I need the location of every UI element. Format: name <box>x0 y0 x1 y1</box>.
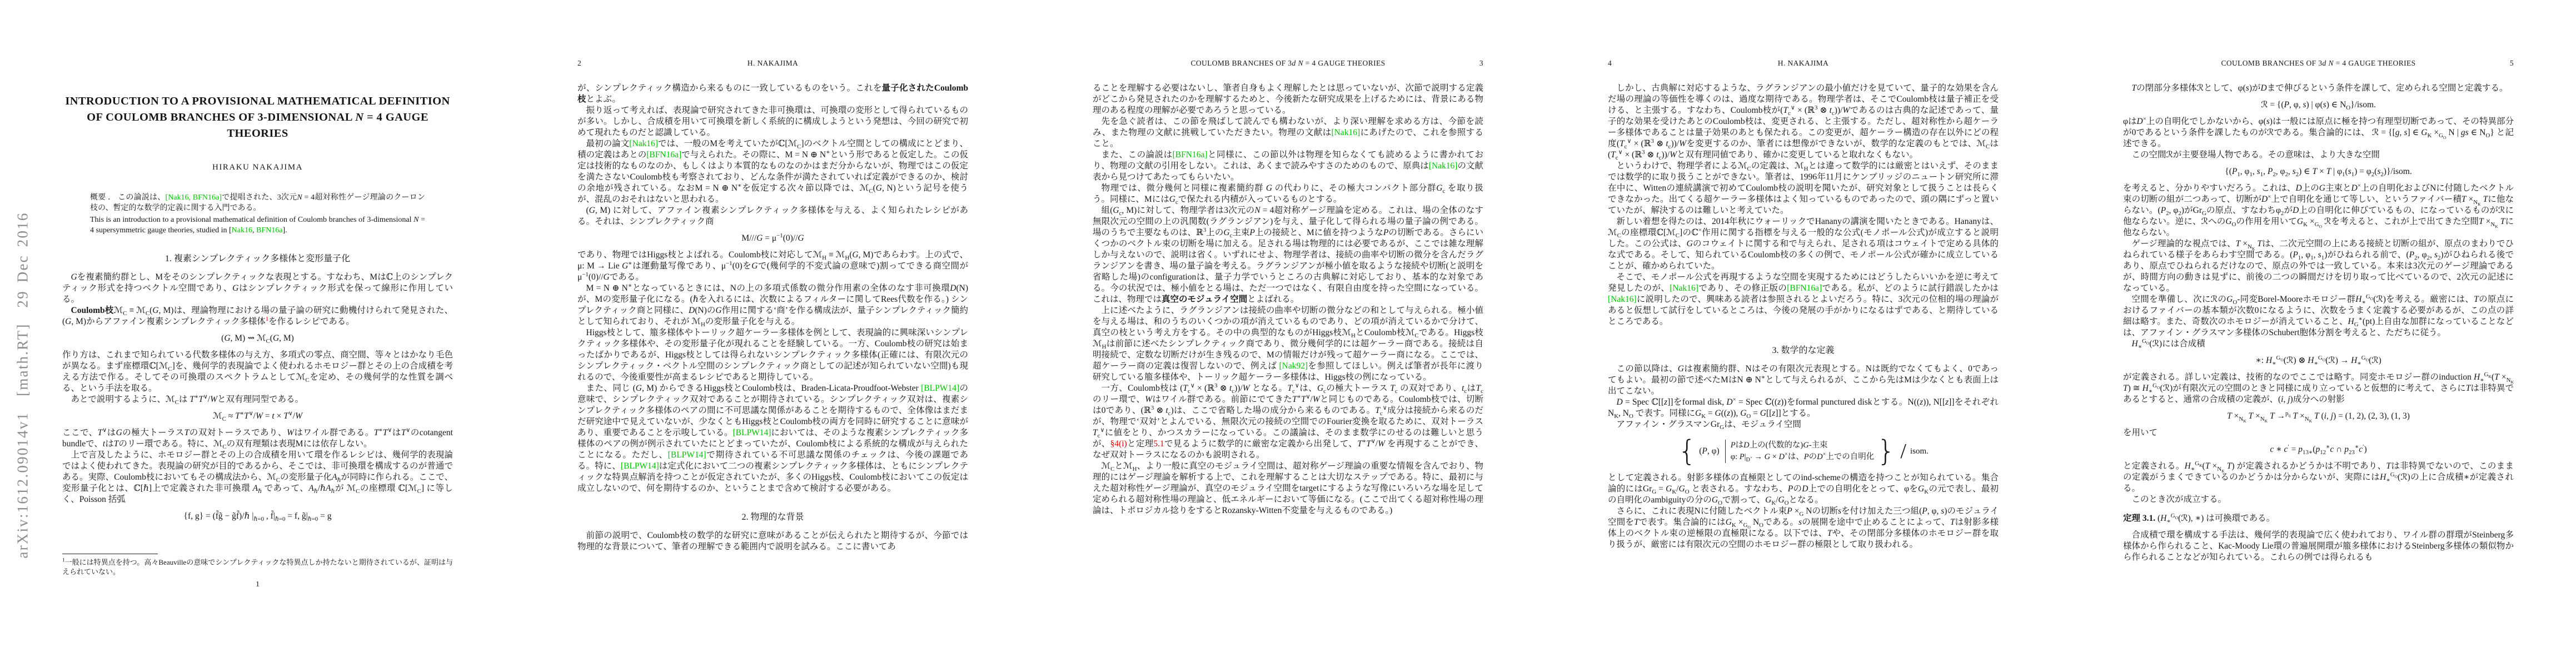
math-var: G <box>715 306 721 315</box>
math-var: s <box>2246 83 2249 93</box>
math-var: G <box>1803 441 1808 450</box>
math-var: D <box>950 283 956 293</box>
paragraph: Coulomb枝ℳC ≡ ℳC(G, M)は、理論物理における場の量子論の研究に… <box>62 305 453 327</box>
running-head: 4H. NAKAJIMA <box>1608 59 1999 68</box>
math-var: W <box>1670 150 1677 160</box>
subscript: ij <box>2288 413 2290 418</box>
subscript: 2 <box>2371 171 2374 178</box>
math-var: G <box>232 283 238 293</box>
running-head-title: COULOMB BRANCHES OF 3d N = 4 GAUGE THEOR… <box>2140 59 2497 68</box>
math-var: G <box>1678 484 1685 494</box>
subscript: G <box>1720 424 1724 431</box>
paragraph: 一方、Coulomb枝は (Tc∨ × (ℝ3 ⊗ tc))/W となる。Tc∨… <box>1093 383 1483 461</box>
math-var: T <box>1620 139 1625 148</box>
page-2-content: 2H. NAKAJIMAが、シンプレクティック構造から来るものに一致しているもの… <box>515 0 1030 552</box>
superscript: −1 <box>776 232 783 239</box>
superscript: GK <box>2195 460 2202 467</box>
math-var: z <box>1772 409 1775 418</box>
math-var: G <box>2297 217 2303 226</box>
math-var: N <box>355 111 363 123</box>
superscript: ∨ <box>406 427 410 434</box>
subscript: K <box>2303 221 2308 228</box>
math-var: G <box>2225 217 2231 226</box>
subscript: O <box>2319 224 2322 229</box>
subscript: ℏ=0 <box>253 516 264 522</box>
subscript: K <box>1924 489 1929 495</box>
math-var: P <box>1922 506 1927 516</box>
math-var: T <box>2293 411 2298 421</box>
paragraph-continuation: が定義される。詳しい定義は、技術的なのでここでは略す。同変ホモロジー群のindu… <box>2123 372 2514 405</box>
subscript: K <box>1732 522 1736 529</box>
abstract-english: This is an introduction to a provisional… <box>90 215 425 236</box>
subscript: O <box>2395 474 2398 479</box>
subscript: 2 <box>2178 210 2181 217</box>
math-var: T <box>1390 384 1395 393</box>
subscript: NK <box>2239 416 2246 422</box>
page-3-content: COULOMB BRANCHES OF 3d N = 4 GAUGE THEOR… <box>1030 0 1546 516</box>
math-var: G <box>273 333 279 343</box>
math-var: T <box>2205 461 2210 471</box>
subscript: ℏ <box>258 488 262 495</box>
math-var: G <box>1113 206 1119 215</box>
subscript: O <box>2366 357 2369 362</box>
math-var: P <box>1249 228 1254 237</box>
subscript: ∗ <box>2357 360 2361 367</box>
math-var: N <box>2328 59 2333 67</box>
math-var: P <box>1788 484 1793 494</box>
superscript: ∗ <box>240 410 244 417</box>
math-var: W <box>287 428 294 437</box>
display-equation: ℳC ≈ T∗T∨/W = t × T∨/W <box>62 410 453 422</box>
subscript: G <box>1799 511 1803 517</box>
superscript: −1 <box>582 271 589 278</box>
paragraph: ℳCとℳH、より一般に真空のモジュライ空間は、超対称ゲージ理論の重要な情報を含ん… <box>1093 461 1483 516</box>
citation-link[interactable]: [Nak92] <box>1279 361 1308 371</box>
math-var: H <box>2185 461 2191 471</box>
paragraph-continuation: と定義される。H∗GK(T ×NK T) が定義されるかどうかは不明であり、Tは… <box>2123 461 2514 494</box>
math-var: T <box>1357 439 1362 449</box>
math-var: T <box>2236 239 2241 248</box>
subscript: C <box>1986 143 1990 150</box>
math-var: N <box>413 216 418 224</box>
math-var: G <box>2226 295 2233 304</box>
math-var: z <box>1920 397 1923 407</box>
subscript: C <box>1414 332 1418 339</box>
math-var: j <box>2288 395 2290 404</box>
paragraph: 振り返って考えれば、表現論で研究されてきた非可換環は、可換環の変形として得られて… <box>577 105 968 138</box>
math-var: A <box>332 472 337 482</box>
superscript: GO <box>2142 338 2149 345</box>
math-var: G <box>1436 183 1442 193</box>
superscript: × <box>1698 227 1702 233</box>
math-var: D <box>2137 117 2143 126</box>
subscript: GO <box>2439 132 2446 139</box>
subscript: G <box>1652 489 1656 495</box>
math-var: D <box>1617 397 1623 407</box>
paragraph-continuation: ここで、T∨はGの極大トーラスTの双対トーラスであり、Wはワイル群である。T∗T… <box>62 427 453 450</box>
subscript: K <box>2427 132 2431 139</box>
superscript: ∨ <box>1295 382 1299 389</box>
math-var: G <box>1918 484 1924 494</box>
math-var: H <box>2132 339 2138 349</box>
quotient-label: isom. <box>1910 445 1929 457</box>
subscript: C <box>1676 232 1680 239</box>
math-var: G <box>1169 195 1175 204</box>
math-var: G <box>1666 484 1672 494</box>
math-var: W <box>256 411 263 421</box>
page-4-content: 4H. NAKAJIMAしかし、古典解に対応するような、ラグランジアンの最小値だ… <box>1546 0 2061 550</box>
superscript: 3 <box>1815 104 1817 111</box>
citation-link[interactable]: [Nak16] <box>1331 128 1360 137</box>
math-var: H <box>2355 295 2361 304</box>
math-var: z <box>1727 409 1730 418</box>
subscript: K <box>2243 419 2246 424</box>
subscript: O <box>2232 221 2236 228</box>
subscript: K <box>2265 419 2268 424</box>
citation-link[interactable]: [Nak16] <box>1608 295 1637 304</box>
pdf-multipage-view: arXiv:1612.09014v1 [math.RT] 29 Dec 2016… <box>0 0 2576 667</box>
citation-link[interactable]: [Nak16] <box>629 139 658 148</box>
math-var: T <box>244 411 249 421</box>
math-var: T <box>190 395 195 404</box>
math-var: T <box>2500 217 2505 226</box>
subscript: c <box>1481 388 1483 395</box>
subscript: K <box>2221 469 2224 474</box>
internal-ref-link[interactable]: 5.1 <box>1153 439 1164 449</box>
superscript: ∗ <box>628 282 632 289</box>
section-heading: 1. 複素シンプレクティック多様体と変形量子化 <box>62 251 453 264</box>
superscript: pij <box>2285 410 2291 417</box>
subscript: 1 <box>2298 255 2301 261</box>
arxiv-watermark: arXiv:1612.09014v1 [math.RT] 29 Dec 2016 <box>14 212 32 558</box>
subscript: NK <box>2260 416 2268 422</box>
math-var: T <box>2257 239 2262 248</box>
math-var: T <box>2270 411 2275 421</box>
math-var: H <box>2160 514 2166 523</box>
math-var: T <box>1827 529 1832 538</box>
superscript: 3 <box>1214 382 1217 389</box>
subscript: ℏ=0 <box>308 516 318 522</box>
cases-pair: (P, φ) <box>1699 445 1720 457</box>
math-var: d <box>1292 59 1296 67</box>
paragraph: このとき次が成立する。 <box>2123 494 2514 505</box>
footnote-rule <box>62 554 158 554</box>
display-equation: T ×NK T ×NK T →pij T ×NK T (i, j) = (1, … <box>2123 410 2514 422</box>
right-brace: } <box>1877 437 1895 466</box>
internal-ref-link[interactable]: §4(i) <box>1110 439 1127 449</box>
math-var: P <box>2409 250 2414 260</box>
paragraph-continuation: として定義される。射影多様体の直極限としてのind-schemeの構造を持つこと… <box>1608 472 1999 506</box>
math-var: T <box>1292 395 1297 404</box>
subscript: K <box>2309 419 2312 424</box>
math-var: T <box>2466 384 2471 393</box>
subscript: ∗ <box>2314 360 2318 367</box>
superscript: × <box>2358 182 2361 189</box>
math-var: G <box>604 272 610 282</box>
page-5: COULOMB BRANCHES OF 3d N = 4 GAUGE THEOR… <box>2061 0 2576 667</box>
math-var: P <box>2293 250 2298 260</box>
footnote-marker-link[interactable]: 1 <box>266 316 268 322</box>
math-var: A <box>253 484 258 493</box>
math-var: z <box>1777 397 1781 407</box>
paragraph: 新しい着想を得たのは、2014年秋にウォーリックでHananyの講演を聞いたとき… <box>1608 216 1999 272</box>
subscript: O <box>2323 357 2325 362</box>
math-var: T <box>2123 384 2128 393</box>
math-var: G <box>1266 183 1272 193</box>
page-number-bottom: 1 <box>0 580 515 589</box>
math-var: H <box>2474 372 2480 382</box>
math-var: T <box>2483 195 2488 204</box>
subscript: 2 <box>2273 171 2275 178</box>
citation-link[interactable]: BFN16a <box>256 226 282 235</box>
subscript: G <box>2202 210 2206 217</box>
math-var: s <box>1941 506 1944 516</box>
subscript: K <box>2511 380 2514 385</box>
paragraph: 組(Gc, M)に対して、物理学者は3次元のN = 4超対称ゲージ理論を定める。… <box>1093 205 1483 305</box>
superscript: GO <box>2366 293 2373 300</box>
subscript: O <box>2346 104 2350 111</box>
subscript: 2 <box>2285 171 2288 178</box>
subscript: G <box>2354 321 2359 328</box>
subscript: C <box>146 310 150 317</box>
math-var: G <box>798 233 804 243</box>
paragraph: 最初の論文[Nak16]では、一般のMを考えていたがℂ[ℳC]のベクトル空間とし… <box>577 138 968 205</box>
math-var: N <box>297 193 302 202</box>
display-equation: ℛ = {(P, φ, s) | φ(s) ∈ NO}/isom. <box>2123 99 2514 111</box>
math-var: T <box>2314 411 2319 421</box>
math-var: T <box>2479 217 2484 226</box>
math-var: G <box>1317 384 1323 393</box>
citation-link[interactable]: [BLPW14] <box>668 450 706 460</box>
paragraph: また、この論説は[BFN16a]と同様に、この節以外は物理を知らなくても読めるよ… <box>1093 150 1483 183</box>
math-var: D <box>2261 83 2267 93</box>
math-var: P <box>1787 506 1792 516</box>
math-var: T <box>1611 150 1616 160</box>
superscript: ∗ <box>378 427 382 434</box>
superscript: GO <box>2171 512 2178 519</box>
math-var: G <box>852 250 858 260</box>
subscript: C <box>797 143 801 150</box>
math-var: W <box>1842 106 1850 115</box>
superscript: ′ <box>2288 444 2289 450</box>
subscript: c <box>1230 232 1233 239</box>
math-var: T <box>1783 106 1788 115</box>
math-var: G <box>116 428 122 437</box>
display-equation: {(P1, φ1, s1, P2, φ2, s2) ∈ T × T | φ1(s… <box>2123 166 2514 178</box>
math-var: G <box>2319 183 2325 193</box>
quotient-slash: / <box>1900 441 1906 462</box>
math-var: c <box>2270 445 2274 454</box>
subscript: O <box>2443 135 2446 140</box>
math-var: G <box>65 317 71 326</box>
subscript: C <box>276 477 280 484</box>
subscript: O <box>2175 515 2178 520</box>
superscript: ∗ <box>628 260 632 267</box>
math-var: G <box>224 333 230 343</box>
citation-link[interactable]: [Nak16] <box>1670 283 1698 293</box>
math-var: D <box>2261 195 2268 204</box>
running-head-title: H. NAKAJIMA <box>594 59 951 68</box>
subscript: 2 <box>2296 171 2299 178</box>
superscript: ∨ <box>1791 104 1795 111</box>
subscript: c <box>1232 388 1234 395</box>
subscript: 2 <box>2438 255 2440 261</box>
math-var: G <box>2421 128 2427 137</box>
paragraph: また、同じ (G, M) からできるHiggs枝とCoulomb枝は、Brade… <box>577 383 968 494</box>
math-var: s <box>2266 117 2270 126</box>
superscript: ∗ <box>2359 316 2363 322</box>
math-var: D <box>2293 206 2299 215</box>
subscript: NK <box>2490 221 2498 228</box>
math-var: D <box>2295 183 2301 193</box>
math-var: T <box>1093 428 1098 437</box>
math-var: G <box>152 306 158 315</box>
theorem-statement: 定理 3.1. (H∗GO(ℛ), ∗) は可換環である。 <box>2123 513 2514 524</box>
page-2: 2H. NAKAJIMAが、シンプレクティック構造から来るものに一致しているもの… <box>515 0 1030 667</box>
math-var: T <box>1183 384 1188 393</box>
subscript: K <box>2495 224 2498 229</box>
subscript: C <box>168 366 172 372</box>
math-var: G <box>756 233 763 243</box>
subscript: 12 <box>2320 449 2326 456</box>
paragraph-continuation: 作り方は、これまで知られている代数多様体の与え方、多項式の零点、商空間、等々とは… <box>62 350 453 394</box>
paragraph: アファイン・グラスマンGrGは、モジュライ空間 <box>1608 419 1999 430</box>
math-var: H <box>2308 356 2314 365</box>
paragraph: 空間を準備し、次にℛのGO-同変Borel-Mooreホモロジー群H∗GO(ℛ)… <box>2123 294 2514 339</box>
citation-link[interactable]: [BLPW14] <box>621 461 659 471</box>
subscript: 1 <box>2342 171 2345 178</box>
math-var: D <box>1726 397 1732 407</box>
superscript: ∨ <box>288 410 293 417</box>
math-var: G <box>1778 495 1784 505</box>
math-var: T <box>2249 411 2254 421</box>
citation-link[interactable]: [BFN16a] <box>1173 150 1208 160</box>
superscript: × <box>1733 396 1736 403</box>
bold-text: 真空のモジュライ空間 <box>1162 295 1247 304</box>
math-var: T <box>98 428 103 437</box>
superscript: × <box>1785 451 1788 457</box>
left-brace: { <box>1678 437 1696 466</box>
math-var: W <box>1243 384 1250 393</box>
math-var: W <box>1679 139 1686 148</box>
math-var: i <box>2281 395 2283 404</box>
math-var: W <box>1378 439 1385 449</box>
math-var: G <box>1726 517 1732 527</box>
paragraph: 先を急ぐ読者は、この節を飛ばして読んでも構わないが、より深い理解を求める方は、今… <box>1093 116 1483 150</box>
citation-link[interactable]: [BLPW14] <box>921 384 959 393</box>
subscript: C <box>1110 466 1114 472</box>
subscript: c <box>1323 388 1326 395</box>
subscript: ℏ=0 <box>275 516 286 522</box>
math-var: T <box>2312 167 2317 176</box>
math-var: P <box>2161 206 2166 215</box>
subscript: C <box>1617 232 1621 239</box>
citation-link[interactable]: [BFN16a] <box>1787 283 1822 293</box>
subscript: c <box>1464 388 1467 395</box>
subscript: ∗ <box>2480 377 2484 384</box>
subscript: GO <box>1743 522 1751 529</box>
math-var: W <box>210 395 217 404</box>
subscript: ∗ <box>2272 360 2276 367</box>
subscript: C <box>305 377 309 384</box>
math-var: T <box>2386 461 2391 471</box>
footnote: 1一般には特異点を持つ。高々Beauvilleの意味でシンプレクティックな特異点… <box>62 554 453 576</box>
superscript: ∨ <box>1627 138 1631 145</box>
math-var: T <box>2227 411 2232 421</box>
math-var: s <box>2323 100 2326 109</box>
subscript: H <box>845 255 849 261</box>
math-var: G <box>1712 495 1718 505</box>
cases-conditions: PはD上の(代数的な)G-主束φ: P|D× → G × D×は、PのD×上での… <box>1725 440 1875 463</box>
superscript: × <box>2268 193 2271 200</box>
subscript: 2 <box>2166 210 2169 217</box>
paragraph: Gを複素簡約群とし、Mをそのシンプレクティックな表現とする。すなわち、Mはℂ上の… <box>62 272 453 305</box>
subscript: 1 <box>2260 171 2263 178</box>
superscript: −1 <box>726 260 733 267</box>
paragraph: Higgs枝として、箙多様体やトーリック超ケーラー多様体を例として、表現論的に興… <box>577 327 968 383</box>
subscript: O <box>2233 299 2237 306</box>
subscript: H <box>1351 332 1356 339</box>
superscript: ∗ <box>1761 374 1765 381</box>
page-1-content: INTRODUCTION TO A PROVISIONAL MATHEMATIC… <box>0 0 515 522</box>
subscript: C <box>123 310 127 317</box>
subscript: C <box>869 188 873 195</box>
page-3: COULOMB BRANCHES OF 3d N = 4 GAUGE THEOR… <box>1030 0 1546 667</box>
math-var: G <box>1687 239 1693 248</box>
math-var: T <box>235 411 240 421</box>
math-var: z <box>1945 397 1949 407</box>
superscript: ∗ <box>1297 394 1301 400</box>
citation-link[interactable]: Nak16 <box>232 226 252 235</box>
subscript: ℏ <box>331 488 335 495</box>
citation-link[interactable]: [Nak16, BFN16a] <box>166 193 222 202</box>
math-var: T <box>2494 372 2499 382</box>
citation-link[interactable]: [BFN16a] <box>646 150 681 160</box>
paragraph-continuation: ることを理解する必要はないし、筆者自身もよく理解したとは思っていないが、次節で説… <box>1093 83 1483 116</box>
math-var: d <box>2323 59 2326 67</box>
paragraph: 上で言及したように、ホモロジー群とその上の合成積を用いて環を作るレシピは、幾何学… <box>62 450 453 505</box>
math-var: H <box>2348 317 2354 326</box>
math-var: z <box>1664 397 1667 407</box>
display-equation: (G, M) ⇝ ℳC(G, M) <box>62 332 453 345</box>
math-var: s <box>2303 100 2306 109</box>
subscript: 1 <box>2310 255 2313 261</box>
superscript: GO <box>2318 355 2325 361</box>
paragraph: この空間ℛが主要登場人物である。その意味は、より大きな空間 <box>2123 150 2514 161</box>
paragraph: M = N ⊕ N∗となっているときには、Nの上の多項式係数の微分作用素の全体の… <box>577 283 968 327</box>
superscript: ∨ <box>1306 394 1311 400</box>
running-head: 2H. NAKAJIMA <box>577 59 968 68</box>
math-var: H <box>2266 356 2272 365</box>
subscript: 13∗ <box>2303 449 2313 456</box>
subscript: K <box>2199 463 2202 468</box>
subscript: c <box>1668 143 1671 150</box>
citation-link[interactable]: [BLPW14] <box>733 428 771 437</box>
running-head-title: H. NAKAJIMA <box>1625 59 1982 68</box>
subscript: 1 <box>2351 171 2354 178</box>
page-5-content: COULOMB BRANCHES OF 3d N = 4 GAUGE THEOR… <box>2061 0 2576 563</box>
math-var: G <box>1223 228 1229 237</box>
citation-link[interactable]: [Nak16] <box>1429 161 1458 171</box>
paper-title: INTRODUCTION TO A PROVISIONAL MATHEMATIC… <box>62 93 453 142</box>
subscript: C <box>417 488 421 495</box>
subscript: O <box>2370 296 2373 301</box>
superscript: GO <box>2276 355 2284 361</box>
running-head-title: COULOMB BRANCHES OF 3d N = 4 GAUGE THEOR… <box>1109 59 1467 68</box>
math-var: A <box>308 484 313 493</box>
display-equation: c ∗ c′ = p13∗(p12∗c ∩ p23∗c′) <box>2123 444 2514 456</box>
subscript: ∗ <box>2361 299 2365 306</box>
